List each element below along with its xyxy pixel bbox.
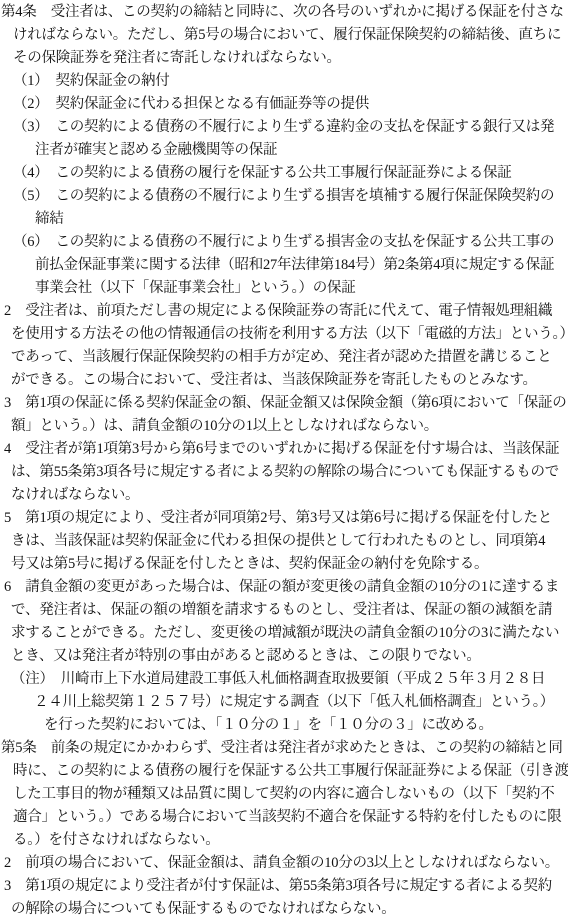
text-line: 3 第1項の保証に係る契約保証金の額、保証金額又は保険金額（第6項において「保証…	[4, 392, 568, 415]
text-line: （4） この契約による債務の履行を保証する公共工事履行保証証券による保証	[13, 162, 568, 185]
text-line: 6 請負金額の変更があった場合は、保証の額が変更後の請負金額の10分の1に達する…	[4, 576, 568, 599]
text-line: 適合」という。）である場合において当該契約不適合を保証する特約を付したものに限	[13, 806, 568, 829]
text-line: （3） この契約による債務の不履行により生ずる違約金の支払を保証する銀行又は発	[13, 116, 568, 139]
text-line: 4 受注者が第1項第3号から第6号までのいずれかに掲げる保証を付す場合は、当該保…	[4, 438, 568, 461]
article-4-item-1: （1） 契約保証金の納付	[1, 70, 568, 93]
text-line: を行った契約においては、「１０分の１」を「１０分の３」に改める。	[44, 714, 568, 737]
text-line: 締結	[35, 208, 568, 231]
text-line: であって、当該履行保証保険契約の相手方が定め、発注者が認めた措置を講じること	[11, 346, 568, 369]
article-4-paragraph-5: 5 第1項の規定により、受注者が同項第2号、第3号又は第6号に掲げる保証を付した…	[1, 507, 568, 576]
article-4-main-paragraph: 第4条 受注者は、この契約の締結と同時に、次の各号のいずれかに掲げる保証を付さな…	[1, 1, 568, 70]
text-line: は、第55条第3項各号に規定する者による契約の解除の場合についても保証するもので	[11, 461, 568, 484]
article-4-item-4: （4） この契約による債務の履行を保証する公共工事履行保証証券による保証	[1, 162, 568, 185]
article-4-paragraph-4: 4 受注者が第1項第3号から第6号までのいずれかに掲げる保証を付す場合は、当該保…	[1, 438, 568, 507]
document-page: 第4条 受注者は、この契約の締結と同時に、次の各号のいずれかに掲げる保証を付さな…	[0, 0, 568, 921]
text-line: 求することができる。ただし、変更後の増減額が既決の請負金額の10分の3に満たない	[11, 622, 568, 645]
text-line: なければならない。	[11, 484, 568, 507]
article-5-paragraph-3: 3 第1項の規定により受注者が付す保証は、第55条第3項各号に規定する者による契…	[1, 875, 568, 921]
article-4-paragraph-3: 3 第1項の保証に係る契約保証金の額、保証金額又は保険金額（第6項において「保証…	[1, 392, 568, 438]
document-body: 第4条 受注者は、この契約の締結と同時に、次の各号のいずれかに掲げる保証を付さな…	[1, 1, 568, 921]
text-line: （6） この契約による債務の不履行により生ずる損害金の支払を保証する公共工事の	[13, 231, 568, 254]
text-line: その保険証券を発注者に寄託しなければならない。	[13, 47, 568, 70]
text-line: 時に、この契約による債務の履行を保証する公共工事履行保証証券による保証（引き渡	[13, 760, 568, 783]
text-line: した工事目的物が種類又は品質に関して契約の内容に適合しないもの（以下「契約不	[13, 783, 568, 806]
text-line: 事業会社（以下「保証事業会社」という。）の保証	[35, 277, 568, 300]
text-line: 号又は第5号に掲げる保証を付したときは、契約保証金の納付を免除する。	[11, 553, 568, 576]
text-line: 5 第1項の規定により、受注者が同項第2号、第3号又は第6号に掲げる保証を付した…	[4, 507, 568, 530]
text-line: 前払金保証事業に関する法律（昭和27年法律第184号）第2条第4項に規定する保証	[35, 254, 568, 277]
text-line: 注者が確実と認める金融機関等の保証	[35, 139, 568, 162]
text-line: 2 受注者は、前項ただし書の規定による保険証券の寄託に代えて、電子情報処理組織	[4, 300, 568, 323]
text-line: （1） 契約保証金の納付	[13, 70, 568, 93]
article-4-item-3: （3） この契約による債務の不履行により生ずる違約金の支払を保証する銀行又は発注…	[1, 116, 568, 162]
article-4-paragraph-2: 2 受注者は、前項ただし書の規定による保険証券の寄託に代えて、電子情報処理組織を…	[1, 300, 568, 392]
text-line: （5） この契約による債務の不履行により生ずる損害を填補する履行保証保険契約の	[13, 185, 568, 208]
text-line: （2） 契約保証金に代わる担保となる有価証券等の提供	[13, 93, 568, 116]
article-4-item-5: （5） この契約による債務の不履行により生ずる損害を填補する履行保証保険契約の締…	[1, 185, 568, 231]
text-line: とき、又は発注者が特別の事由があると認めるときは、この限りでない。	[11, 645, 568, 668]
article-4-item-2: （2） 契約保証金に代わる担保となる有価証券等の提供	[1, 93, 568, 116]
text-line: を使用する方法その他の情報通信の技術を利用する方法（以下「電磁的方法」という。）	[11, 323, 568, 346]
article-4-paragraph-6: 6 請負金額の変更があった場合は、保証の額が変更後の請負金額の10分の1に達する…	[1, 576, 568, 668]
text-line: ができる。この場合において、受注者は、当該保険証券を寄託したものとみなす。	[11, 369, 568, 392]
text-line: きは、当該保証は契約保証金に代わる担保の提供として行われたものとし、同項第4	[11, 530, 568, 553]
text-line: ２４川上総契第１２５７号）に規定する調査（以下「低入札価格調査」という。）	[34, 691, 568, 714]
article-4-item-6: （6） この契約による債務の不履行により生ずる損害金の支払を保証する公共工事の前…	[1, 231, 568, 300]
text-line: 3 第1項の規定により受注者が付す保証は、第55条第3項各号に規定する者による契…	[4, 875, 568, 898]
text-line: （注） 川崎市上下水道局建設工事低入札価格調査取扱要領（平成２５年３月２８日	[11, 668, 568, 691]
text-line: の解除の場合についても保証するものでなければならない。	[11, 898, 568, 921]
text-line: 第5条 前条の規定にかかわらず、受注者は発注者が求めたときは、この契約の締結と同	[1, 737, 568, 760]
text-line: 2 前項の場合において、保証金額は、請負金額の10分の3以上としなければならない…	[4, 852, 568, 875]
text-line: で、発注者は、保証の額の増額を請求するものとし、受注者は、保証の額の減額を請	[11, 599, 568, 622]
text-line: る。）を付さなければならない。	[13, 829, 568, 852]
article-5-main-paragraph: 第5条 前条の規定にかかわらず、受注者は発注者が求めたときは、この契約の締結と同…	[1, 737, 568, 852]
text-line: 額」という。）は、請負金額の10分の1以上としなければならない。	[11, 415, 568, 438]
article-4-note: （注） 川崎市上下水道局建設工事低入札価格調査取扱要領（平成２５年３月２８日２４…	[1, 668, 568, 737]
text-line: ければならない。ただし、第5号の場合において、履行保証保険契約の締結後、直ちに	[13, 24, 568, 47]
text-line: 第4条 受注者は、この契約の締結と同時に、次の各号のいずれかに掲げる保証を付さな	[1, 1, 568, 24]
article-5-paragraph-2: 2 前項の場合において、保証金額は、請負金額の10分の3以上としなければならない…	[1, 852, 568, 875]
